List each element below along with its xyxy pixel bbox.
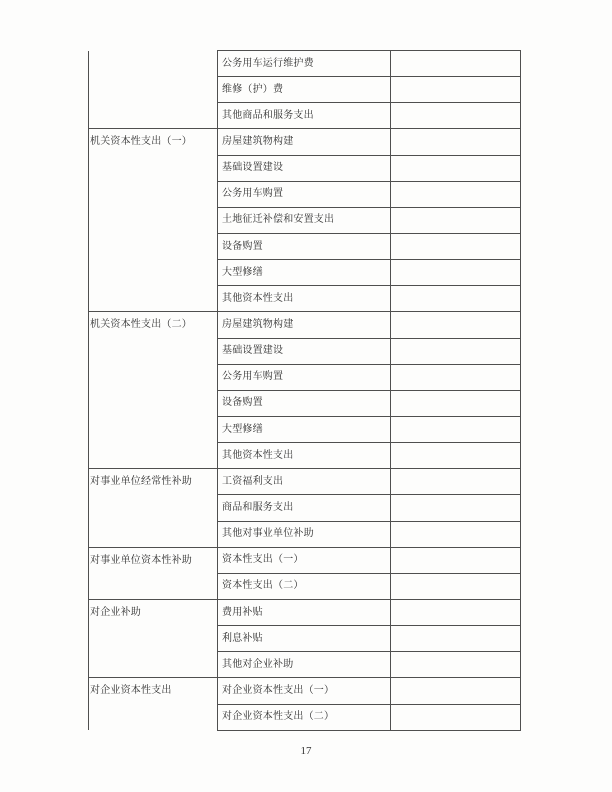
table-row: 公务用车运行维护费 [89, 51, 521, 77]
category-cell-continued [89, 51, 218, 129]
amount-cell-empty [391, 129, 521, 155]
table-row: 对事业单位资本性补助资本性支出（一） [89, 547, 521, 573]
amount-cell-empty [391, 181, 521, 207]
item-cell: 房屋建筑物构建 [218, 312, 391, 338]
item-cell: 其他商品和服务支出 [218, 103, 391, 129]
item-cell: 公务用车运行维护费 [218, 51, 391, 77]
amount-cell-empty [391, 573, 521, 599]
amount-cell-empty [391, 626, 521, 652]
category-cell: 对事业单位经常性补助 [89, 469, 218, 547]
item-cell: 商品和服务支出 [218, 495, 391, 521]
item-cell: 其他资本性支出 [218, 443, 391, 469]
category-cell: 对企业资本性支出 [89, 678, 218, 730]
category-cell: 对事业单位资本性补助 [89, 547, 218, 599]
amount-cell-empty [391, 312, 521, 338]
amount-cell-empty [391, 51, 521, 77]
item-cell: 资本性支出（二） [218, 573, 391, 599]
item-cell: 大型修缮 [218, 416, 391, 442]
table-row: 机关资本性支出（二）房屋建筑物构建 [89, 312, 521, 338]
amount-cell-empty [391, 704, 521, 730]
table-row: 对事业单位经常性补助工资福利支出 [89, 469, 521, 495]
table-row: 对企业资本性支出对企业资本性支出（一） [89, 678, 521, 704]
item-cell: 设备购置 [218, 233, 391, 259]
amount-cell-empty [391, 233, 521, 259]
item-cell: 对企业资本性支出（一） [218, 678, 391, 704]
amount-cell-empty [391, 599, 521, 625]
amount-cell-empty [391, 443, 521, 469]
amount-cell-empty [391, 652, 521, 678]
amount-cell-empty [391, 390, 521, 416]
amount-cell-empty [391, 286, 521, 312]
item-cell: 费用补贴 [218, 599, 391, 625]
amount-cell-empty [391, 103, 521, 129]
item-cell: 公务用车购置 [218, 364, 391, 390]
table-row: 机关资本性支出（一）房屋建筑物构建 [89, 129, 521, 155]
page-number: 17 [0, 744, 612, 758]
table-row: 对企业补助费用补贴 [89, 599, 521, 625]
category-cell: 机关资本性支出（二） [89, 312, 218, 469]
amount-cell-empty [391, 678, 521, 704]
item-cell: 工资福利支出 [218, 469, 391, 495]
item-cell: 大型修缮 [218, 260, 391, 286]
amount-cell-empty [391, 416, 521, 442]
item-cell: 对企业资本性支出（二） [218, 704, 391, 730]
document-page: 公务用车运行维护费维修（护）费其他商品和服务支出机关资本性支出（一）房屋建筑物构… [0, 0, 612, 792]
item-cell: 基础设置建设 [218, 338, 391, 364]
item-cell: 其他对企业补助 [218, 652, 391, 678]
item-cell: 利息补贴 [218, 626, 391, 652]
budget-table: 公务用车运行维护费维修（护）费其他商品和服务支出机关资本性支出（一）房屋建筑物构… [88, 50, 521, 731]
item-cell: 土地征迁补偿和安置支出 [218, 207, 391, 233]
item-cell: 公务用车购置 [218, 181, 391, 207]
amount-cell-empty [391, 495, 521, 521]
item-cell: 设备购置 [218, 390, 391, 416]
amount-cell-empty [391, 77, 521, 103]
item-cell: 基础设置建设 [218, 155, 391, 181]
item-cell: 房屋建筑物构建 [218, 129, 391, 155]
amount-cell-empty [391, 155, 521, 181]
amount-cell-empty [391, 207, 521, 233]
amount-cell-empty [391, 521, 521, 547]
budget-table-body: 公务用车运行维护费维修（护）费其他商品和服务支出机关资本性支出（一）房屋建筑物构… [89, 51, 521, 731]
category-cell: 机关资本性支出（一） [89, 129, 218, 312]
category-cell: 对企业补助 [89, 599, 218, 677]
item-cell: 资本性支出（一） [218, 547, 391, 573]
amount-cell-empty [391, 260, 521, 286]
item-cell: 其他资本性支出 [218, 286, 391, 312]
amount-cell-empty [391, 364, 521, 390]
amount-cell-empty [391, 547, 521, 573]
amount-cell-empty [391, 338, 521, 364]
item-cell: 其他对事业单位补助 [218, 521, 391, 547]
amount-cell-empty [391, 469, 521, 495]
item-cell: 维修（护）费 [218, 77, 391, 103]
